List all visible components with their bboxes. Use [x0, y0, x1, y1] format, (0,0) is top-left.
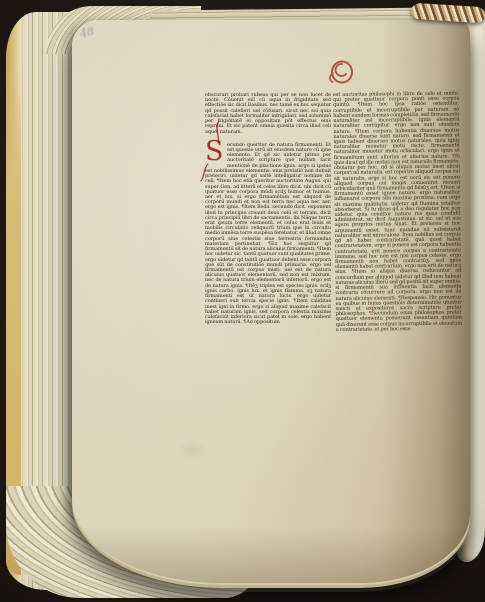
pilcrow-mark: ¶	[369, 311, 372, 317]
pilcrow-mark: ¶	[217, 178, 220, 184]
pilcrow-mark: ¶	[241, 204, 244, 210]
drop-cap-initial: S	[205, 143, 225, 165]
drop-cap-letter: S	[205, 140, 223, 164]
pilcrow-mark: ¶	[358, 102, 361, 108]
pilcrow-mark: ¶	[268, 241, 271, 247]
pilcrow-mark: ¶	[452, 153, 455, 159]
red-circled-flourish-icon	[326, 56, 356, 88]
paragraph: est auctoritas philosophi in libro de ce…	[333, 91, 462, 333]
paragraph-text: ecundo queritur de natura firmamenti. Et…	[205, 142, 331, 325]
paragraph: obscurari probari rubeas qui per se non …	[205, 93, 331, 135]
pilcrow-mark: ¶	[245, 283, 248, 289]
manuscript-page: 48 obscurari probari rubeas qui per se n…	[72, 20, 470, 583]
book-photograph: 48 obscurari probari rubeas qui per se n…	[0, 0, 485, 602]
text-column-right: est auctoritas philosophi in libro de ce…	[333, 91, 462, 333]
paragraph: S ecundo queritur de natura firmamenti. …	[205, 143, 331, 326]
handwritten-folio-mark: 48	[79, 24, 96, 40]
pilcrow-mark: ¶	[398, 295, 401, 301]
pilcrow-mark: ¶	[293, 298, 296, 304]
pilcrow-mark: ¶	[440, 185, 443, 191]
pilcrow-mark: ¶	[317, 246, 320, 252]
pilcrow-mark: ¶	[243, 319, 246, 325]
pen-tail-icon	[200, 164, 210, 182]
pilcrow-mark: ¶	[352, 269, 355, 275]
pilcrow-mark: ¶	[355, 128, 358, 134]
text-column-left: obscurari probari rubeas qui per se non …	[205, 93, 331, 325]
